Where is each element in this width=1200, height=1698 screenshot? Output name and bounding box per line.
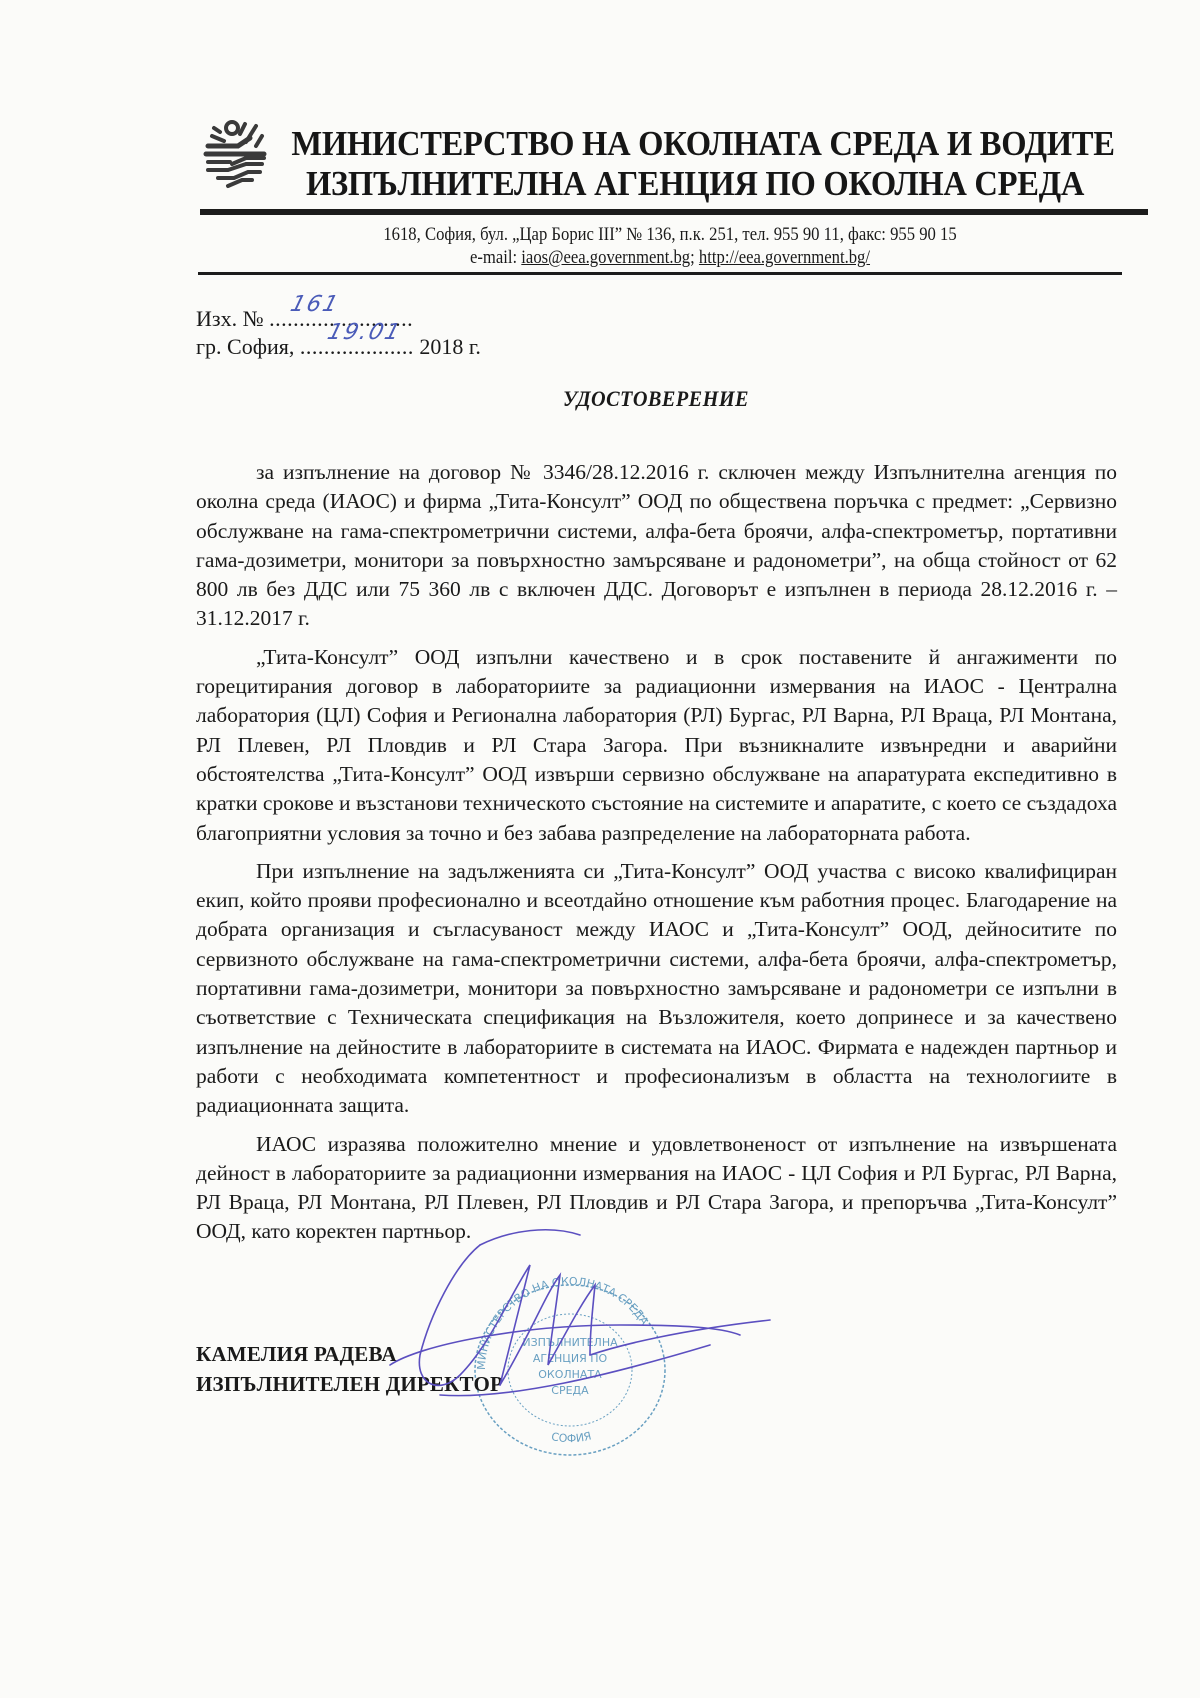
- ministry-name: МИНИСТЕРСТВО НА ОКОЛНАТА СРЕДА И ВОДИТЕ: [291, 124, 1072, 164]
- date-field: ...................19.01: [300, 334, 414, 359]
- email-link[interactable]: iaos@eea.government.bg: [521, 248, 690, 268]
- agency-contacts: e-mail: iaos@eea.government.bg; http://e…: [247, 248, 1093, 269]
- ministry-logo-icon: [198, 114, 278, 194]
- agency-address: 1618, София, бул. „Цар Борис III” № 136,…: [247, 225, 1093, 246]
- issue-date: гр. София, ...................19.01 2018…: [196, 334, 481, 360]
- paragraph-contract: за изпълнение на договор № 3346/28.12.20…: [196, 458, 1117, 634]
- signature-icon: [360, 1225, 780, 1415]
- outgoing-number-label: Изх. №: [196, 306, 269, 331]
- document-page: МИНИСТЕРСТВО НА ОКОЛНАТА СРЕДА И ВОДИТЕ …: [0, 0, 1200, 1698]
- date-handwritten: 19.01: [325, 320, 405, 345]
- year-label: 2018 г.: [414, 334, 481, 359]
- city-label: гр. София,: [196, 334, 300, 359]
- email-label: e-mail:: [470, 248, 521, 268]
- contacts-divider: [198, 272, 1122, 275]
- outgoing-number-handwritten: 161: [288, 292, 343, 317]
- stamp-ring-bottom: СОФИЯ: [550, 1429, 593, 1445]
- agency-name: ИЗПЪЛНИТЕЛНА АГЕНЦИЯ ПО ОКОЛНА СРЕДА: [304, 164, 1085, 204]
- paragraph-execution: „Тита-Консулт” ООД изпълни качествено и …: [196, 643, 1117, 848]
- document-body: за изпълнение на договор № 3346/28.12.20…: [196, 458, 1117, 1256]
- paragraph-team: При изпълнение на задълженията си „Тита-…: [196, 857, 1117, 1121]
- contacts-separator: ;: [690, 248, 699, 268]
- svg-text:СОФИЯ: СОФИЯ: [550, 1429, 593, 1445]
- header-divider: [200, 209, 1148, 215]
- website-link[interactable]: http://eea.government.bg/: [699, 248, 870, 268]
- document-title: УДОСТОВЕРЕНИЕ: [233, 386, 1079, 412]
